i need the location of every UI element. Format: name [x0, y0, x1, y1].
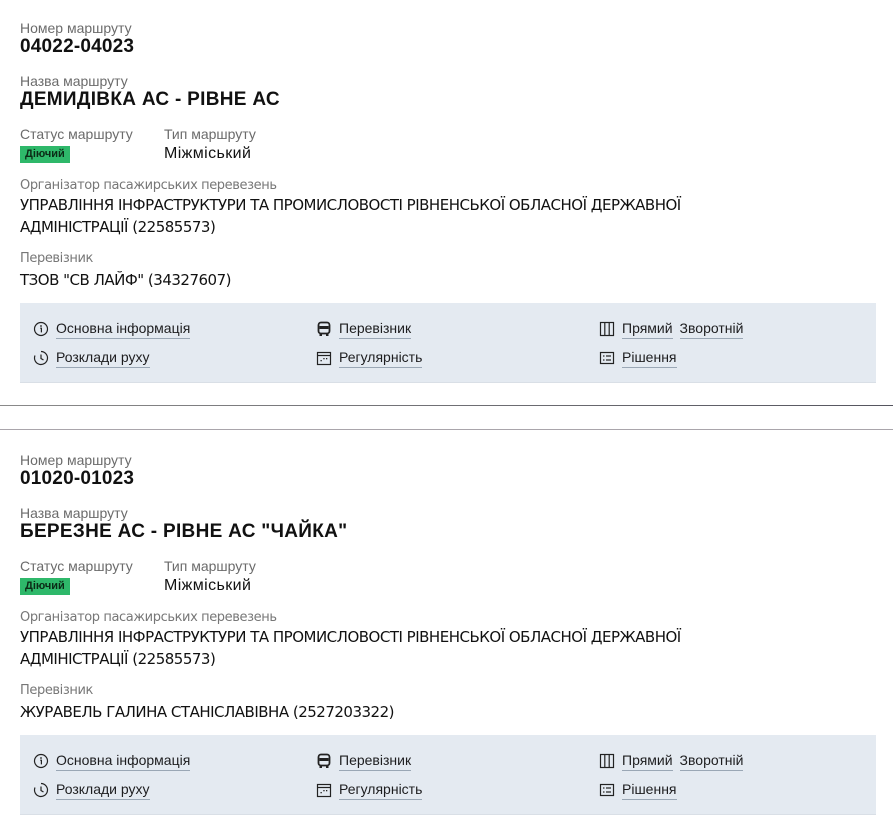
organizer-value-line2: АДМІНІСТРАЦІЇ (22585573) — [20, 648, 820, 670]
route-type-value: Міжміський — [164, 144, 256, 164]
route-number-label: Номер маршруту — [20, 452, 134, 468]
direct-route-link[interactable]: Прямий — [622, 319, 673, 339]
route-type-block: Тип маршруту Міжміський — [164, 126, 256, 164]
route-number-block: Номер маршруту 04022-04023 — [20, 20, 134, 58]
organizer-value-line1: УПРАВЛІННЯ ІНФРАСТРУКТУРИ ТА ПРОМИСЛОВОС… — [20, 194, 820, 216]
decision-link-label[interactable]: Рішення — [622, 348, 677, 368]
reverse-route-link[interactable]: Зворотній — [680, 751, 744, 771]
reverse-route-link[interactable]: Зворотній — [680, 319, 744, 339]
card-separator-bottom — [0, 429, 893, 430]
organizer-value-line2: АДМІНІСТРАЦІЇ (22585573) — [20, 216, 820, 238]
route-name-label: Назва маршруту — [20, 505, 347, 521]
info-circle-icon — [33, 321, 49, 337]
route-number: 01020-01023 — [20, 468, 134, 490]
schedules-link[interactable]: Розклади руху — [33, 780, 157, 800]
route-name-block: Назва маршруту БЕРЕЗНЕ АС - РІВНЕ АС "ЧА… — [20, 505, 347, 543]
carrier-link[interactable]: Перевізник — [316, 751, 418, 771]
route-name-label: Назва маршруту — [20, 73, 280, 89]
route-number: 04022-04023 — [20, 36, 134, 58]
carrier-label: Перевізник — [20, 251, 820, 267]
route-links-panel: Основна інформація Розклади руху Перевіз… — [20, 735, 876, 815]
organizer-value-line1: УПРАВЛІННЯ ІНФРАСТРУКТУРИ ТА ПРОМИСЛОВОС… — [20, 626, 820, 648]
map-columns-icon — [599, 321, 615, 337]
organizer-block: Організатор пасажирських перевезень УПРА… — [20, 610, 820, 670]
status-badge: Діючий — [20, 146, 70, 163]
organizer-label: Організатор пасажирських перевезень — [20, 178, 820, 194]
schedules-link-label[interactable]: Розклади руху — [56, 348, 150, 368]
basic-info-link[interactable]: Основна інформація — [33, 319, 197, 339]
route-status-block: Статус маршруту Діючий — [20, 558, 133, 595]
schedules-link-label[interactable]: Розклади руху — [56, 780, 150, 800]
info-circle-icon — [33, 753, 49, 769]
bus-icon — [316, 321, 332, 337]
route-map-links: Прямий Зворотній — [599, 751, 750, 771]
regularity-link[interactable]: Регулярність — [316, 348, 429, 368]
checklist-icon — [599, 350, 615, 366]
schedules-link[interactable]: Розклади руху — [33, 348, 157, 368]
route-type-label: Тип маршруту — [164, 126, 256, 142]
route-number-label: Номер маршруту — [20, 20, 134, 36]
direct-route-link[interactable]: Прямий — [622, 751, 673, 771]
route-name-block: Назва маршруту ДЕМИДІВКА АС - РІВНЕ АС — [20, 73, 280, 111]
carrier-link-label[interactable]: Перевізник — [339, 319, 411, 339]
route-number-block: Номер маршруту 01020-01023 — [20, 452, 134, 490]
carrier-label: Перевізник — [20, 683, 820, 699]
decision-link[interactable]: Рішення — [599, 780, 684, 800]
decision-link[interactable]: Рішення — [599, 348, 684, 368]
route-name: БЕРЕЗНЕ АС - РІВНЕ АС "ЧАЙКА" — [20, 521, 347, 543]
decision-link-label[interactable]: Рішення — [622, 780, 677, 800]
calendar-icon — [316, 350, 332, 366]
route-type-block: Тип маршруту Міжміський — [164, 558, 256, 596]
regularity-link-label[interactable]: Регулярність — [339, 348, 422, 368]
route-status-label: Статус маршруту — [20, 558, 133, 574]
calendar-icon — [316, 782, 332, 798]
route-name: ДЕМИДІВКА АС - РІВНЕ АС — [20, 89, 280, 111]
basic-info-link[interactable]: Основна інформація — [33, 751, 197, 771]
bus-icon — [316, 753, 332, 769]
organizer-block: Організатор пасажирських перевезень УПРА… — [20, 178, 820, 238]
carrier-block: Перевізник ТЗОВ "СВ ЛАЙФ" (34327607) — [20, 251, 820, 291]
clock-icon — [33, 350, 49, 366]
organizer-label: Організатор пасажирських перевезень — [20, 610, 820, 626]
route-map-links: Прямий Зворотній — [599, 319, 750, 339]
checklist-icon — [599, 782, 615, 798]
card-separator-top — [0, 405, 893, 406]
regularity-link[interactable]: Регулярність — [316, 780, 429, 800]
route-type-label: Тип маршруту — [164, 558, 256, 574]
route-links-panel: Основна інформація Розклади руху Перевіз… — [20, 303, 876, 383]
basic-info-link-label[interactable]: Основна інформація — [56, 751, 190, 771]
carrier-value: ТЗОВ "СВ ЛАЙФ" (34327607) — [20, 269, 820, 291]
regularity-link-label[interactable]: Регулярність — [339, 780, 422, 800]
route-status-block: Статус маршруту Діючий — [20, 126, 133, 163]
carrier-link[interactable]: Перевізник — [316, 319, 418, 339]
carrier-value: ЖУРАВЕЛЬ ГАЛИНА СТАНІСЛАВІВНА (252720332… — [20, 701, 820, 723]
basic-info-link-label[interactable]: Основна інформація — [56, 319, 190, 339]
carrier-link-label[interactable]: Перевізник — [339, 751, 411, 771]
carrier-block: Перевізник ЖУРАВЕЛЬ ГАЛИНА СТАНІСЛАВІВНА… — [20, 683, 820, 723]
status-badge: Діючий — [20, 578, 70, 595]
map-columns-icon — [599, 753, 615, 769]
route-status-label: Статус маршруту — [20, 126, 133, 142]
clock-icon — [33, 782, 49, 798]
route-type-value: Міжміський — [164, 576, 256, 596]
